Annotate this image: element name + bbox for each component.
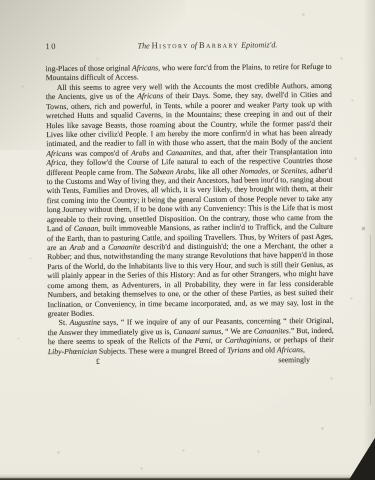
paragraph: St. Augustine says, “ If we inquire of a…	[48, 316, 334, 356]
running-header: 10 The History of Barbary Epitomiz'd.	[45, 39, 331, 51]
paragraph: ing-Places of those original Africans, w…	[46, 62, 332, 83]
book-page-scan: 10 The History of Barbary Epitomiz'd. in…	[0, 0, 375, 480]
catchword: seemingly	[278, 355, 310, 366]
press-figure: £	[96, 357, 100, 368]
title-word-epitomizd: Epitomiz'd.	[241, 40, 277, 49]
catchword-row: £ seemingly	[48, 355, 334, 368]
page-content: 10 The History of Barbary Epitomiz'd. in…	[0, 0, 375, 480]
paragraph: All this seems to agree very well with t…	[46, 81, 334, 319]
title-word-the: The	[138, 41, 150, 50]
title-word-barbary: Barbary	[199, 40, 239, 50]
running-title: The History of Barbary Epitomiz'd.	[83, 39, 331, 51]
title-word-of: of	[191, 41, 197, 50]
text-block: ing-Places of those original Africans, w…	[46, 62, 334, 368]
page-number: 10	[45, 41, 83, 51]
title-word-history: History	[152, 40, 189, 50]
